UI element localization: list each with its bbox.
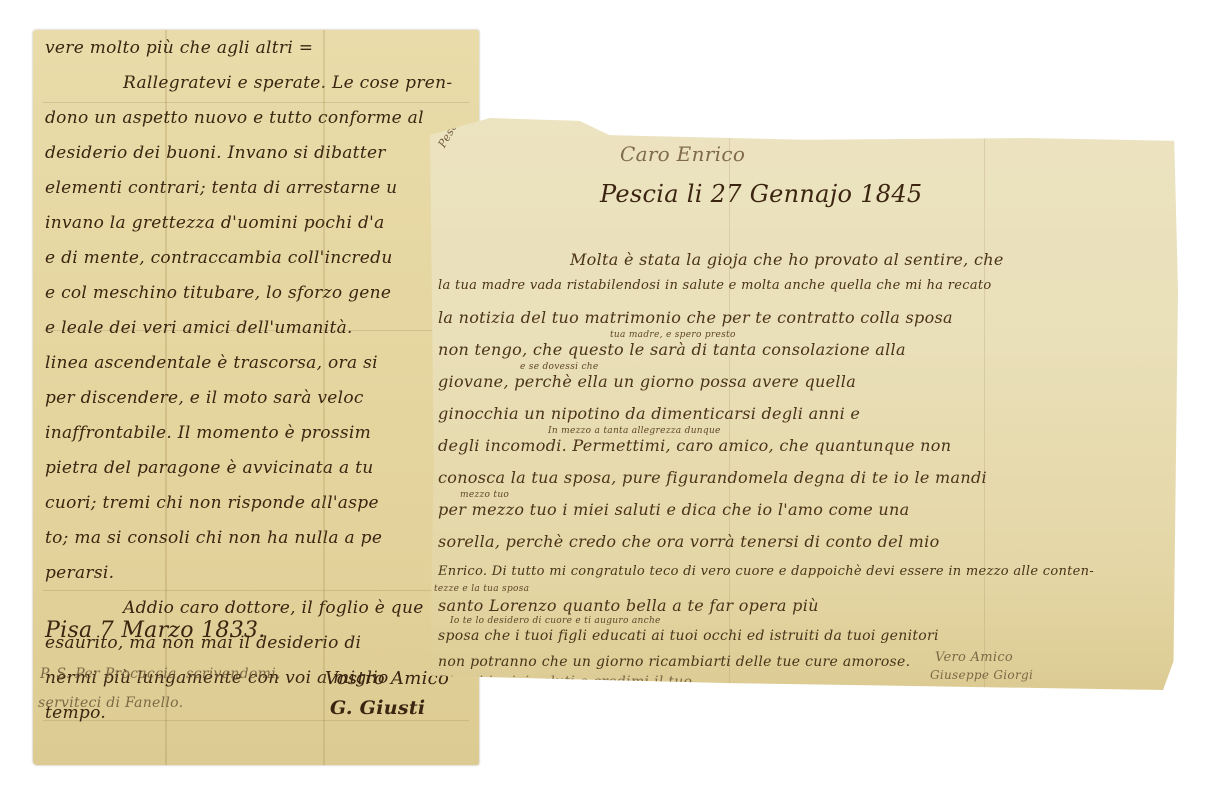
letter-line: Rallegratevi e sperate. Le cose pren- (123, 73, 452, 93)
letter-date: Pescia li 27 Gennajo 1845 (600, 180, 923, 208)
postscript-line: serviteci di Fanello. (38, 695, 183, 711)
greeting: Caro Enrico (620, 142, 745, 166)
letter-line: e leale dei veri amici dell'umanità. (45, 318, 353, 338)
letter-line: linea ascendentale è trascorsa, ora si (45, 353, 378, 373)
letter-line: Enrico. Di tutto mi congratulo teco di v… (438, 564, 1094, 579)
closing-line: Addio caro dottore, il foglio è que (123, 598, 424, 618)
letter-line: invano la grettezza d'uomini pochi d'a (45, 213, 385, 233)
letter-line: non tengo, che questo le sarà di tanta c… (438, 340, 906, 359)
interlinear-note: e se dovessi che (520, 362, 599, 372)
letter-line: pietra del paragone è avvicinata a tu (45, 458, 374, 478)
interlinear-note: In mezzo a tanta allegrezza dunque (548, 426, 721, 436)
letter-line: per mezzo tuo i miei saluti e dica che i… (438, 500, 909, 519)
letter-line: desiderio dei buoni. Invano si dibatter (45, 143, 386, 163)
letter-line: inaffrontabile. Il momento è prossim (45, 423, 371, 443)
letter-line: per discendere, e il moto sarà veloc (45, 388, 364, 408)
letter-line: elementi contrari; tenta di arrestarne u (45, 178, 397, 198)
letter-line: to; ma si consoli chi non ha nulla a pe (45, 528, 382, 548)
left-letter-page: vere molto più che agli altri = Rallegra… (33, 30, 479, 765)
interlinear-note: mezzo tuo (460, 490, 509, 500)
letter-line: non potranno che un giorno ricambiarti d… (438, 654, 910, 670)
letter-line: sposa che i tuoi figli educati ai tuoi o… (438, 628, 939, 644)
letter-line: conosca la tua sposa, pure figurandomela… (438, 468, 987, 487)
letter-line: sorella, perchè credo che ora vorrà tene… (438, 532, 940, 551)
postscript-line: P. S. Per Procaccia, scrivendomi, (40, 666, 281, 682)
signature-name: Giuseppe Giorgi (930, 668, 1033, 682)
letter-line: e col meschino titubare, lo sforzo gene (45, 283, 391, 303)
letter-line: degli incomodi. Permettimi, caro amico, … (438, 436, 951, 455)
letter-line: santo Lorenzo quanto bella a te far oper… (438, 596, 819, 615)
right-letter-page: Pescia Caro Enrico Pescia li 27 Gennajo … (430, 118, 1178, 690)
letter-line: Molta è stata la gioja che ho provato al… (570, 250, 1004, 269)
interlinear-note: Io te lo desidero di cuore e ti auguro a… (450, 616, 661, 626)
interlinear-note: tua madre, e spero presto (610, 330, 736, 340)
letter-line: la tua madre vada ristabilendosi in salu… (438, 278, 992, 293)
signature-closing: Vero Amico (935, 650, 1013, 665)
letter-line: cuori; tremi chi non risponde all'aspe (45, 493, 379, 513)
letter-line: vere molto più che agli altri = (45, 38, 313, 58)
letter-line: giovane, perchè ella un giorno possa ave… (438, 372, 856, 391)
letter-line: dono un aspetto nuovo e tutto conforme a… (45, 108, 424, 128)
bleed-through-line (43, 720, 469, 721)
interlinear-note: tezze e la tua sposa (434, 584, 529, 594)
letter-line: perarsi. (45, 563, 114, 583)
signature-name: G. Giusti (330, 697, 425, 719)
letter-line: la notizia del tuo matrimonio che per te… (438, 308, 953, 327)
bleed-through-line (43, 102, 469, 103)
letter-line: ginocchia un nipotino da dimenticarsi de… (438, 404, 860, 423)
fold-crease (984, 118, 985, 690)
letter-line: e di mente, contraccambia coll'incredu (45, 248, 393, 268)
letter-date: Pisa 7 Marzo 1833. (45, 618, 266, 643)
bleed-through-line (43, 590, 469, 591)
